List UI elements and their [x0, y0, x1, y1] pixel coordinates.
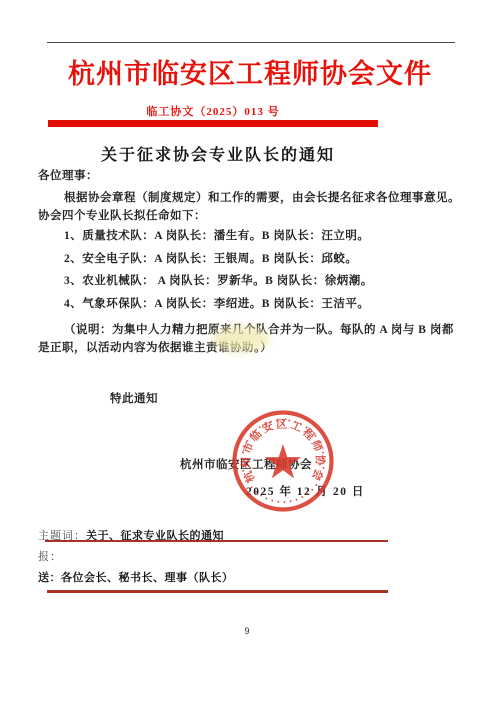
send-to-row: 送：各位会长、秘书长、理事（队长）: [38, 568, 234, 586]
document-number: 临工协文（2025）013 号: [48, 103, 378, 119]
closing-phrase: 特此通知: [110, 390, 158, 406]
body-paragraph: 根据协会章程（制度规定）和工作的需要，由会长提名征求各位理事意见。协会四个专业队…: [38, 190, 462, 225]
list-item: 4、气象环保队：A 岗队长：李绍进。B 岗队长：王洁平。: [64, 298, 464, 310]
seal-star-icon: [265, 444, 301, 478]
list-item: 1、质量技术队：A 岗队长：潘生有。B 岗队长：汪立明。: [64, 230, 464, 242]
report-to-row: 报：: [38, 547, 62, 565]
send-value: 各位会长、秘书长、理事（队长）: [61, 572, 234, 584]
list-item: 3、农业机械队： A 岗队长：罗新华。B 岗队长：徐炳潮。: [64, 275, 464, 287]
footer-divider-top: [45, 540, 388, 542]
page-title: 关于征求协会专业队长的通知: [48, 142, 388, 165]
report-label: 报：: [38, 551, 62, 563]
footer-divider-bottom: [47, 590, 388, 593]
page-number: 9: [0, 626, 494, 636]
salutation: 各位理事：: [38, 167, 98, 183]
send-label: 送：: [38, 572, 61, 584]
document-page: { "colors": { "header_red": "#e81109", "…: [0, 0, 500, 707]
team-leader-list: 1、质量技术队：A 岗队长：潘生有。B 岗队长：汪立明。 2、安全电子队：A 岗…: [64, 230, 464, 310]
official-seal: 杭州市临安区工程师协会: [230, 408, 336, 514]
top-divider: [47, 42, 455, 43]
list-item: 2、安全电子队：A 岗队长：王银周。B 岗队长：邱蛟。: [64, 253, 464, 265]
document-header-title: 杭州市临安区工程师协会文件: [0, 52, 500, 91]
scan-artifact-smudge: [212, 326, 270, 352]
red-header-band: [48, 120, 378, 127]
